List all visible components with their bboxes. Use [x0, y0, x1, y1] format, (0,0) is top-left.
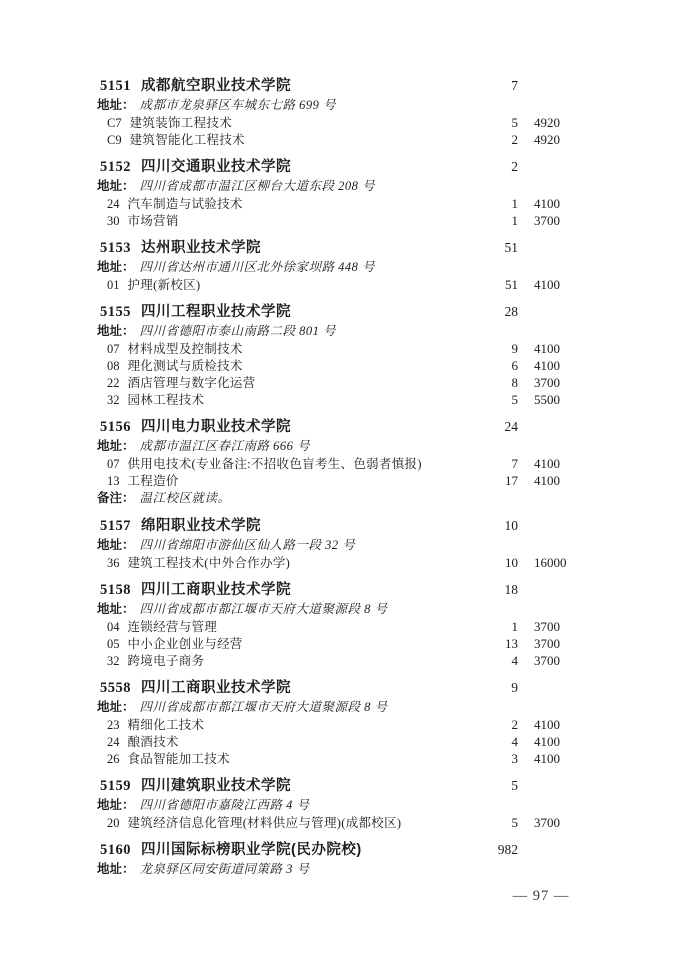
- major-name: 市场营销: [128, 214, 179, 228]
- college-address: 四川省德阳市嘉陵江西路 4 号: [140, 798, 310, 812]
- address-row: 地址：四川省成都市温江区柳台大道东段 208 号: [0, 177, 680, 195]
- address-label: 地址：: [97, 798, 135, 812]
- major-plan-count: 5: [400, 814, 518, 831]
- major-code: 08: [107, 359, 120, 373]
- major-row: 07供用电技术(专业备注:不招收色盲考生、色弱者慎报) 7 4100: [0, 455, 680, 472]
- college-header: 5158四川工商职业技术学院 18: [0, 580, 680, 600]
- address-label: 地址：: [97, 439, 135, 453]
- major-tuition-fee: 4100: [534, 716, 604, 733]
- college-block: 5160四川国际标榜职业学院(民办院校) 982 地址：龙泉驿区同安街道同策路 …: [0, 840, 680, 878]
- college-header: 5155四川工程职业技术学院 28: [0, 302, 680, 322]
- major-name: 酒店管理与数字化运营: [128, 376, 256, 390]
- college-name: 绵阳职业技术学院: [141, 518, 261, 534]
- college-name: 四川国际标榜职业学院(民办院校): [141, 842, 362, 858]
- major-row: C7建筑装饰工程技术 5 4920: [0, 114, 680, 131]
- major-tuition-fee: 4100: [534, 733, 604, 750]
- major-row: 08理化测试与质检技术 6 4100: [0, 357, 680, 374]
- major-plan-count: 7: [400, 455, 518, 472]
- college-name: 四川建筑职业技术学院: [141, 778, 291, 794]
- college-address: 四川省成都市都江堰市天府大道聚源段 8 号: [140, 602, 388, 616]
- major-tuition-fee: 4100: [534, 750, 604, 767]
- major-name: 护理(新校区): [128, 278, 201, 292]
- college-name: 四川工商职业技术学院: [141, 582, 291, 598]
- major-name: 工程造价: [128, 474, 179, 488]
- major-code: 05: [107, 637, 120, 651]
- major-name: 连锁经营与管理: [128, 620, 218, 634]
- major-row: 24酿酒技术 4 4100: [0, 733, 680, 750]
- major-code: C9: [107, 133, 122, 147]
- document-page: 5151成都航空职业技术学院 7 地址：成都市龙泉驿区车城东七路 699 号 C…: [0, 0, 680, 961]
- major-name: 供用电技术(专业备注:不招收色盲考生、色弱者慎报): [128, 457, 422, 471]
- address-row: 地址：四川省德阳市泰山南路二段 801 号: [0, 322, 680, 340]
- college-address: 成都市龙泉驿区车城东七路 699 号: [140, 98, 337, 112]
- college-code: 5155: [100, 304, 131, 320]
- college-address: 四川省绵阳市游仙区仙人路一段 32 号: [140, 538, 356, 552]
- college-list: 5151成都航空职业技术学院 7 地址：成都市龙泉驿区车城东七路 699 号 C…: [0, 76, 680, 887]
- college-header: 5151成都航空职业技术学院 7: [0, 76, 680, 96]
- college-block: 5155四川工程职业技术学院 28 地址：四川省德阳市泰山南路二段 801 号 …: [0, 302, 680, 408]
- major-code: 26: [107, 752, 120, 766]
- major-plan-count: 1: [400, 212, 518, 229]
- major-name: 建筑智能化工程技术: [130, 133, 245, 147]
- college-address: 四川省德阳市泰山南路二段 801 号: [140, 324, 337, 338]
- college-plan-total: 982: [400, 840, 518, 860]
- college-code: 5558: [100, 680, 131, 696]
- college-header: 5160四川国际标榜职业学院(民办院校) 982: [0, 840, 680, 860]
- major-plan-count: 3: [400, 750, 518, 767]
- college-block: 5157绵阳职业技术学院 10 地址：四川省绵阳市游仙区仙人路一段 32 号 3…: [0, 516, 680, 571]
- major-code: 13: [107, 474, 120, 488]
- major-code: 23: [107, 718, 120, 732]
- college-plan-total: 2: [400, 157, 518, 177]
- major-plan-count: 17: [400, 472, 518, 489]
- note-text: 温江校区就读。: [140, 491, 231, 505]
- major-plan-count: 5: [400, 391, 518, 408]
- major-plan-count: 1: [400, 195, 518, 212]
- major-code: 24: [107, 197, 120, 211]
- college-block: 5558四川工商职业技术学院 9 地址：四川省成都市都江堰市天府大道聚源段 8 …: [0, 678, 680, 767]
- major-plan-count: 5: [400, 114, 518, 131]
- college-code: 5156: [100, 419, 131, 435]
- college-code: 5159: [100, 778, 131, 794]
- major-row: 13工程造价 17 4100: [0, 472, 680, 489]
- major-row: 24汽车制造与试验技术 1 4100: [0, 195, 680, 212]
- address-row: 地址：四川省成都市都江堰市天府大道聚源段 8 号: [0, 698, 680, 716]
- college-header: 5157绵阳职业技术学院 10: [0, 516, 680, 536]
- major-tuition-fee: 3700: [534, 618, 604, 635]
- college-header: 5153达州职业技术学院 51: [0, 238, 680, 258]
- major-name: 建筑经济信息化管理(材料供应与管理)(成都校区): [128, 816, 402, 830]
- major-code: 32: [107, 393, 120, 407]
- major-tuition-fee: 4100: [534, 357, 604, 374]
- college-address: 四川省成都市温江区柳台大道东段 208 号: [140, 179, 376, 193]
- college-address: 四川省达州市通川区北外徐家坝路 448 号: [140, 260, 376, 274]
- major-row: 36建筑工程技术(中外合作办学) 10 16000: [0, 554, 680, 571]
- major-row: C9建筑智能化工程技术 2 4920: [0, 131, 680, 148]
- college-name: 四川工程职业技术学院: [141, 304, 291, 320]
- note-row: 备注：温江校区就读。: [0, 489, 680, 507]
- major-row: 30市场营销 1 3700: [0, 212, 680, 229]
- major-plan-count: 9: [400, 340, 518, 357]
- address-label: 地址：: [97, 324, 135, 338]
- major-row: 26食品智能加工技术 3 4100: [0, 750, 680, 767]
- address-row: 地址：成都市龙泉驿区车城东七路 699 号: [0, 96, 680, 114]
- address-row: 地址：四川省绵阳市游仙区仙人路一段 32 号: [0, 536, 680, 554]
- college-block: 5152四川交通职业技术学院 2 地址：四川省成都市温江区柳台大道东段 208 …: [0, 157, 680, 229]
- college-name: 四川工商职业技术学院: [141, 680, 291, 696]
- major-name: 园林工程技术: [128, 393, 205, 407]
- major-tuition-fee: 5500: [534, 391, 604, 408]
- major-plan-count: 8: [400, 374, 518, 391]
- college-block: 5158四川工商职业技术学院 18 地址：四川省成都市都江堰市天府大道聚源段 8…: [0, 580, 680, 669]
- major-code: 20: [107, 816, 120, 830]
- major-row: 32园林工程技术 5 5500: [0, 391, 680, 408]
- major-row: 01护理(新校区) 51 4100: [0, 276, 680, 293]
- address-label: 地址：: [97, 538, 135, 552]
- major-name: 食品智能加工技术: [128, 752, 230, 766]
- page-number: — 97 —: [495, 887, 587, 905]
- college-header: 5159四川建筑职业技术学院 5: [0, 776, 680, 796]
- college-plan-total: 5: [400, 776, 518, 796]
- college-header: 5156四川电力职业技术学院 24: [0, 417, 680, 437]
- college-address: 龙泉驿区同安街道同策路 3 号: [140, 862, 310, 876]
- major-tuition-fee: 16000: [534, 554, 604, 571]
- major-name: 材料成型及控制技术: [128, 342, 243, 356]
- major-name: 中小企业创业与经营: [128, 637, 243, 651]
- major-code: 32: [107, 654, 120, 668]
- major-tuition-fee: 4920: [534, 114, 604, 131]
- college-address: 成都市温江区春江南路 666 号: [140, 439, 311, 453]
- major-tuition-fee: 3700: [534, 814, 604, 831]
- major-tuition-fee: 3700: [534, 635, 604, 652]
- major-plan-count: 2: [400, 131, 518, 148]
- major-code: 04: [107, 620, 120, 634]
- address-label: 地址：: [97, 98, 135, 112]
- major-tuition-fee: 4920: [534, 131, 604, 148]
- college-code: 5151: [100, 78, 131, 94]
- address-label: 地址：: [97, 179, 135, 193]
- major-plan-count: 10: [400, 554, 518, 571]
- major-row: 32跨境电子商务 4 3700: [0, 652, 680, 669]
- college-plan-total: 10: [400, 516, 518, 536]
- major-code: 22: [107, 376, 120, 390]
- college-block: 5156四川电力职业技术学院 24 地址：成都市温江区春江南路 666 号 07…: [0, 417, 680, 507]
- college-code: 5158: [100, 582, 131, 598]
- major-code: C7: [107, 116, 122, 130]
- major-code: 07: [107, 457, 120, 471]
- college-plan-total: 24: [400, 417, 518, 437]
- major-name: 酿酒技术: [128, 735, 179, 749]
- college-name: 达州职业技术学院: [141, 240, 261, 256]
- college-plan-total: 7: [400, 76, 518, 96]
- college-name: 成都航空职业技术学院: [141, 78, 291, 94]
- major-code: 30: [107, 214, 120, 228]
- major-tuition-fee: 3700: [534, 652, 604, 669]
- college-block: 5159四川建筑职业技术学院 5 地址：四川省德阳市嘉陵江西路 4 号 20建筑…: [0, 776, 680, 831]
- college-code: 5153: [100, 240, 131, 256]
- address-label: 地址：: [97, 862, 135, 876]
- address-row: 地址：龙泉驿区同安街道同策路 3 号: [0, 860, 680, 878]
- major-tuition-fee: 4100: [534, 276, 604, 293]
- major-plan-count: 51: [400, 276, 518, 293]
- college-block: 5153达州职业技术学院 51 地址：四川省达州市通川区北外徐家坝路 448 号…: [0, 238, 680, 293]
- note-label: 备注：: [97, 491, 135, 505]
- major-plan-count: 13: [400, 635, 518, 652]
- major-code: 24: [107, 735, 120, 749]
- major-tuition-fee: 4100: [534, 340, 604, 357]
- college-code: 5157: [100, 518, 131, 534]
- address-label: 地址：: [97, 700, 135, 714]
- major-row: 22酒店管理与数字化运营 8 3700: [0, 374, 680, 391]
- college-name: 四川交通职业技术学院: [141, 159, 291, 175]
- major-tuition-fee: 4100: [534, 472, 604, 489]
- college-header: 5558四川工商职业技术学院 9: [0, 678, 680, 698]
- major-name: 建筑装饰工程技术: [130, 116, 232, 130]
- address-row: 地址：四川省成都市都江堰市天府大道聚源段 8 号: [0, 600, 680, 618]
- college-code: 5152: [100, 159, 131, 175]
- college-plan-total: 18: [400, 580, 518, 600]
- major-name: 跨境电子商务: [128, 654, 205, 668]
- major-row: 23精细化工技术 2 4100: [0, 716, 680, 733]
- college-plan-total: 51: [400, 238, 518, 258]
- major-plan-count: 6: [400, 357, 518, 374]
- major-tuition-fee: 3700: [534, 212, 604, 229]
- college-plan-total: 9: [400, 678, 518, 698]
- major-tuition-fee: 4100: [534, 455, 604, 472]
- major-tuition-fee: 4100: [534, 195, 604, 212]
- major-plan-count: 4: [400, 733, 518, 750]
- college-address: 四川省成都市都江堰市天府大道聚源段 8 号: [140, 700, 388, 714]
- address-row: 地址：成都市温江区春江南路 666 号: [0, 437, 680, 455]
- major-row: 05中小企业创业与经营 13 3700: [0, 635, 680, 652]
- college-header: 5152四川交通职业技术学院 2: [0, 157, 680, 177]
- college-code: 5160: [100, 842, 131, 858]
- college-block: 5151成都航空职业技术学院 7 地址：成都市龙泉驿区车城东七路 699 号 C…: [0, 76, 680, 148]
- address-row: 地址：四川省德阳市嘉陵江西路 4 号: [0, 796, 680, 814]
- major-tuition-fee: 3700: [534, 374, 604, 391]
- college-plan-total: 28: [400, 302, 518, 322]
- major-row: 07材料成型及控制技术 9 4100: [0, 340, 680, 357]
- major-code: 07: [107, 342, 120, 356]
- major-name: 建筑工程技术(中外合作办学): [128, 556, 291, 570]
- college-name: 四川电力职业技术学院: [141, 419, 291, 435]
- major-name: 汽车制造与试验技术: [128, 197, 243, 211]
- major-code: 01: [107, 278, 120, 292]
- address-label: 地址：: [97, 260, 135, 274]
- address-label: 地址：: [97, 602, 135, 616]
- address-row: 地址：四川省达州市通川区北外徐家坝路 448 号: [0, 258, 680, 276]
- major-plan-count: 2: [400, 716, 518, 733]
- major-name: 精细化工技术: [128, 718, 205, 732]
- major-row: 04连锁经营与管理 1 3700: [0, 618, 680, 635]
- major-plan-count: 4: [400, 652, 518, 669]
- major-name: 理化测试与质检技术: [128, 359, 243, 373]
- major-code: 36: [107, 556, 120, 570]
- major-plan-count: 1: [400, 618, 518, 635]
- major-row: 20建筑经济信息化管理(材料供应与管理)(成都校区) 5 3700: [0, 814, 680, 831]
